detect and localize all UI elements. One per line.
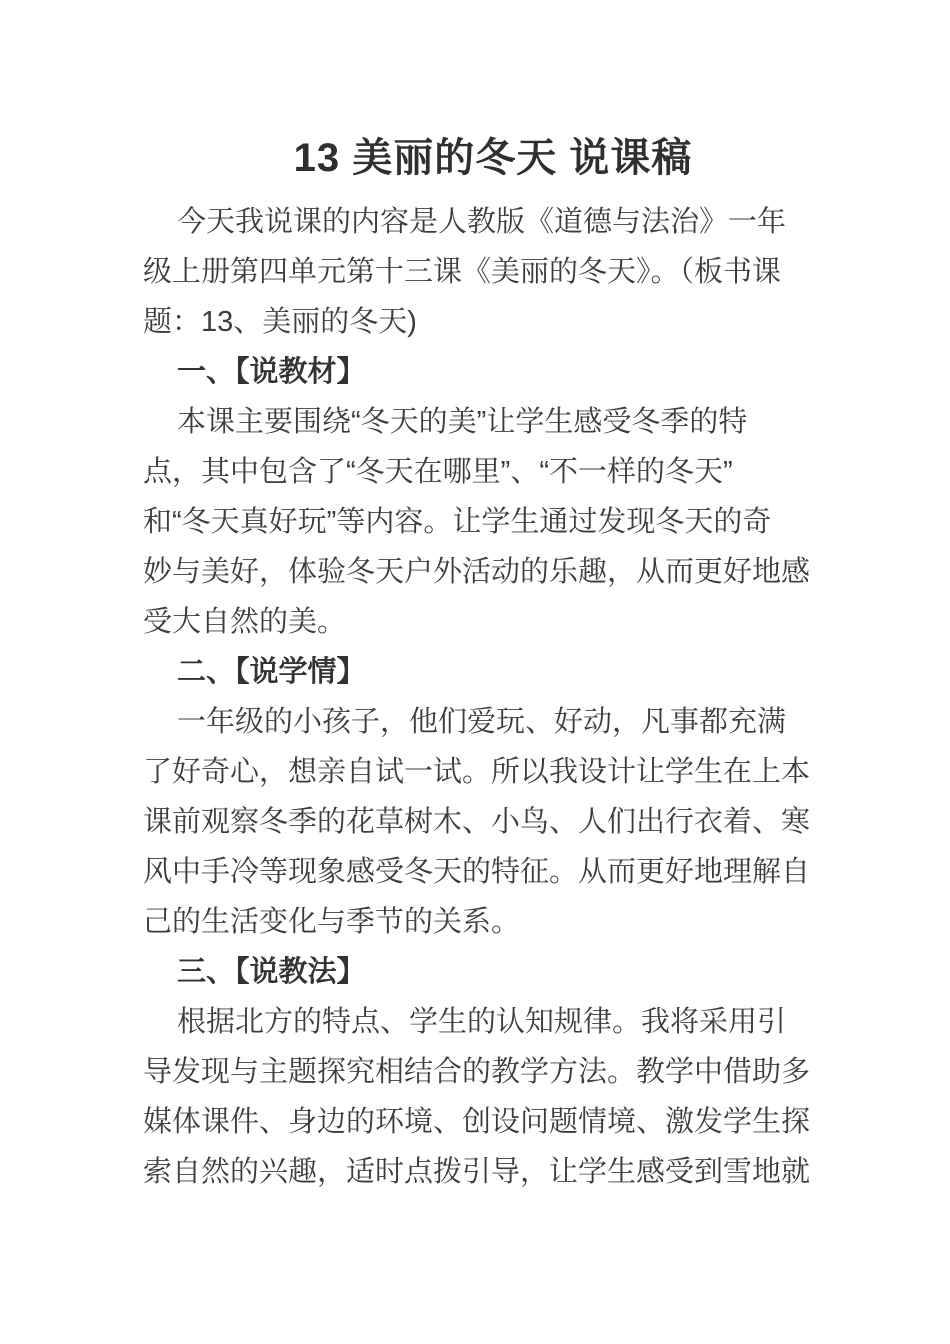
section-heading-shuo-jiaofa: 三、【说教法】: [143, 947, 843, 997]
document-content: 13 美丽的冬天 说课稿 今天我说课的内容是人教版《道德与法治》一年 级上册第四…: [143, 0, 843, 1197]
intro-paragraph: 今天我说课的内容是人教版《道德与法治》一年 级上册第四单元第十三课《美丽的冬天》…: [143, 197, 843, 347]
section-heading-shuo-xueqing: 二、【说学情】: [143, 647, 843, 697]
section-heading-shuo-jiaocai: 一、【说教材】: [143, 347, 843, 397]
section-body-shuo-jiaofa: 根据北方的特点、学生的认知规律。我将采用引 导发现与主题探究相结合的教学方法。教…: [143, 997, 843, 1197]
section-body-shuo-xueqing: 一年级的小孩子，他们爱玩、好动，凡事都充满 了好奇心，想亲自试一试。所以我设计让…: [143, 697, 843, 947]
document-page: 13 美丽的冬天 说课稿 今天我说课的内容是人教版《道德与法治》一年 级上册第四…: [0, 0, 950, 1344]
section-body-shuo-jiaocai: 本课主要围绕“冬天的美”让学生感受冬季的特 点，其中包含了“冬天在哪里”、“不一…: [143, 397, 843, 647]
page-title: 13 美丽的冬天 说课稿: [143, 132, 843, 184]
